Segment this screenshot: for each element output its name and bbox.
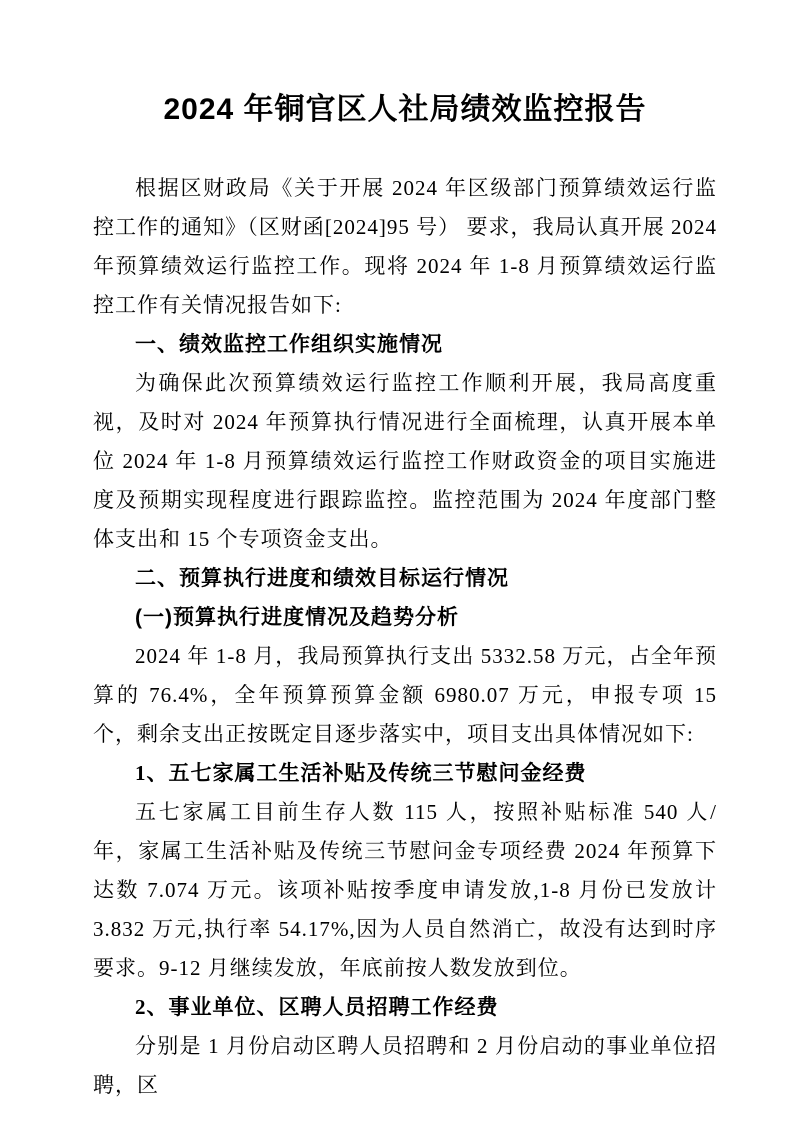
- item-2-paragraph: 分别是 1 月份启动区聘人员招聘和 2 月份启动的事业单位招聘，区: [93, 1027, 717, 1105]
- subsection-2-1-heading: (一)预算执行进度情况及趋势分析: [93, 598, 717, 637]
- section-1-heading: 一、绩效监控工作组织实施情况: [93, 325, 717, 364]
- item-2-heading: 2、事业单位、区聘人员招聘工作经费: [93, 988, 717, 1027]
- document-page: 2024 年铜官区人社局绩效监控报告 根据区财政局《关于开展 2024 年区级部…: [0, 0, 793, 1122]
- document-title: 2024 年铜官区人社局绩效监控报告: [93, 88, 717, 132]
- budget-progress-paragraph: 2024 年 1-8 月，我局预算执行支出 5332.58 万元，占全年预算的 …: [93, 637, 717, 754]
- section-1-paragraph: 为确保此次预算绩效运行监控工作顺利开展，我局高度重视，及时对 2024 年预算执…: [93, 364, 717, 559]
- section-2-heading: 二、预算执行进度和绩效目标运行情况: [93, 559, 717, 598]
- intro-paragraph: 根据区财政局《关于开展 2024 年区级部门预算绩效运行监控工作的通知》（区财函…: [93, 169, 717, 325]
- item-1-heading: 1、五七家属工生活补贴及传统三节慰问金经费: [93, 754, 717, 793]
- item-1-paragraph: 五七家属工目前生存人数 115 人，按照补贴标准 540 人/年，家属工生活补贴…: [93, 793, 717, 988]
